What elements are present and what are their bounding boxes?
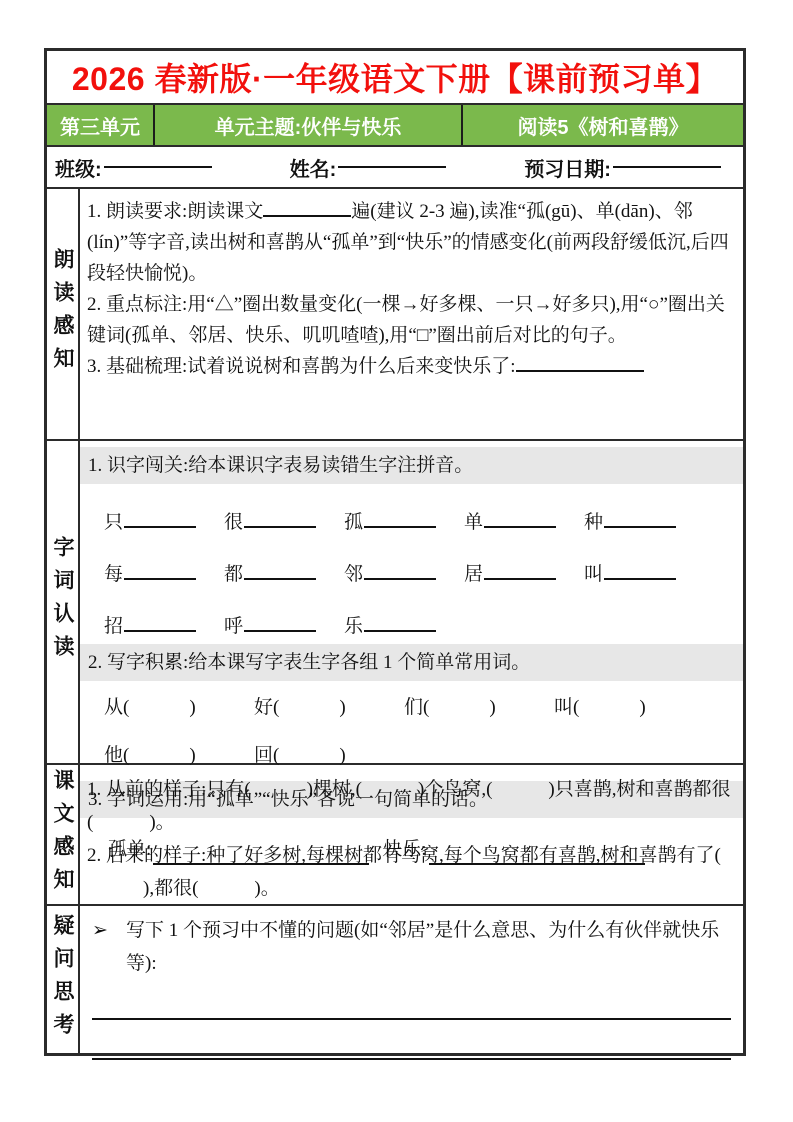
pinyin-row-2: 每 都 邻 居 叫 — [80, 538, 743, 590]
theme-cell: 单元主题:伙伴与快乐 — [155, 105, 463, 145]
page-title: 2026 春新版·一年级语文下册【课前预习单】 — [72, 54, 718, 100]
words-q2-title: 2. 写字积累:给本课写字表生字各组 1 个简单常用词。 — [80, 644, 743, 681]
worksheet-page: 2026 春新版·一年级语文下册【课前预习单】 第三单元 单元主题:伙伴与快乐 … — [0, 0, 793, 1122]
name-blank[interactable] — [338, 166, 446, 168]
section-words: 字词认读 1. 识字闯关:给本课识字表易读错生字注拼音。 只 很 孤 单 种 每… — [47, 441, 743, 765]
question-prompt: ➢写下 1 个预习中不懂的问题(如“邻居”是什么意思、为什么有伙伴就快乐等): — [90, 914, 733, 980]
section-reading: 朗读感知 1. 朗读要求:朗读课文遍(建议 2-3 遍),读准“孤(gū)、单(… — [47, 189, 743, 441]
section-text-sense-body: 1. 从前的样子:只有()棵树,()个鸟窝,()只喜鹊,树和喜鹊都很()。 2.… — [80, 765, 743, 904]
section-text-sense: 课文感知 1. 从前的样子:只有()棵树,()个鸟窝,()只喜鹊,树和喜鹊都很(… — [47, 765, 743, 906]
pinyin-blank[interactable] — [484, 526, 556, 528]
word-build-row-1: 从() 好() 们() 叫() — [80, 683, 743, 731]
pinyin-blank[interactable] — [364, 578, 436, 580]
section-reading-label: 朗读感知 — [47, 189, 80, 439]
lesson-cell: 阅读5《树和喜鹊》 — [463, 105, 743, 145]
unit-cell: 第三单元 — [47, 105, 155, 145]
section-words-label: 字词认读 — [47, 441, 80, 763]
pinyin-row-1: 只 很 孤 单 种 — [80, 486, 743, 538]
text-sense-item-2: 2. 后来的样子:种了好多树,每棵树都有鸟窝,每个鸟窝都有喜鹊,树和喜鹊有了()… — [87, 839, 733, 905]
section-question: 疑问思考 ➢写下 1 个预习中不懂的问题(如“邻居”是什么意思、为什么有伙伴就快… — [47, 906, 743, 1053]
date-field: 预习日期: — [524, 153, 721, 182]
arrow-bullet-icon: ➢ — [92, 914, 108, 947]
worksheet-table: 2026 春新版·一年级语文下册【课前预习单】 第三单元 单元主题:伙伴与快乐 … — [44, 48, 746, 1056]
class-field: 班级: — [55, 153, 212, 182]
class-blank[interactable] — [104, 166, 212, 168]
pinyin-blank[interactable] — [244, 526, 316, 528]
question-answer-line-1[interactable] — [92, 980, 731, 1020]
pinyin-blank[interactable] — [604, 526, 676, 528]
pinyin-blank[interactable] — [124, 578, 196, 580]
pinyin-blank[interactable] — [604, 578, 676, 580]
question-answer-line-2[interactable] — [92, 1020, 731, 1060]
section-words-body: 1. 识字闯关:给本课识字表易读错生字注拼音。 只 很 孤 单 种 每 都 邻 … — [80, 441, 743, 763]
unit-banner: 第三单元 单元主题:伙伴与快乐 阅读5《树和喜鹊》 — [47, 105, 743, 147]
pinyin-blank[interactable] — [124, 526, 196, 528]
pinyin-blank[interactable] — [244, 630, 316, 632]
pinyin-blank[interactable] — [244, 578, 316, 580]
text-sense-item-1: 1. 从前的样子:只有()棵树,()个鸟窝,()只喜鹊,树和喜鹊都很()。 — [87, 773, 733, 839]
info-row: 班级: 姓名: 预习日期: — [47, 147, 743, 189]
pinyin-blank[interactable] — [484, 578, 556, 580]
title-row: 2026 春新版·一年级语文下册【课前预习单】 — [47, 51, 743, 105]
pinyin-row-3: 招 呼 乐 — [80, 590, 743, 642]
section-question-body: ➢写下 1 个预习中不懂的问题(如“邻居”是什么意思、为什么有伙伴就快乐等): — [80, 906, 743, 1053]
section-text-sense-label: 课文感知 — [47, 765, 80, 904]
section-question-label: 疑问思考 — [47, 906, 80, 1053]
reading-item-2: 2. 重点标注:用“△”圈出数量变化(一棵→好多棵、一只→好多只),用“○”圈出… — [87, 289, 733, 351]
reading-answer-blank[interactable] — [516, 370, 644, 372]
name-label: 姓名: — [290, 153, 337, 182]
date-label: 预习日期: — [524, 153, 611, 182]
pinyin-blank[interactable] — [364, 526, 436, 528]
section-reading-body: 1. 朗读要求:朗读课文遍(建议 2-3 遍),读准“孤(gū)、单(dān)、… — [80, 189, 743, 439]
reading-item-1: 1. 朗读要求:朗读课文遍(建议 2-3 遍),读准“孤(gū)、单(dān)、… — [87, 196, 733, 289]
pinyin-blank[interactable] — [124, 630, 196, 632]
pinyin-blank[interactable] — [364, 630, 436, 632]
date-blank[interactable] — [613, 166, 721, 168]
words-q1-title: 1. 识字闯关:给本课识字表易读错生字注拼音。 — [80, 447, 743, 484]
reading-times-blank[interactable] — [263, 215, 351, 217]
reading-item-3: 3. 基础梳理:试着说说树和喜鹊为什么后来变快乐了: — [87, 351, 733, 382]
name-field: 姓名: — [290, 153, 447, 182]
class-label: 班级: — [55, 153, 102, 182]
